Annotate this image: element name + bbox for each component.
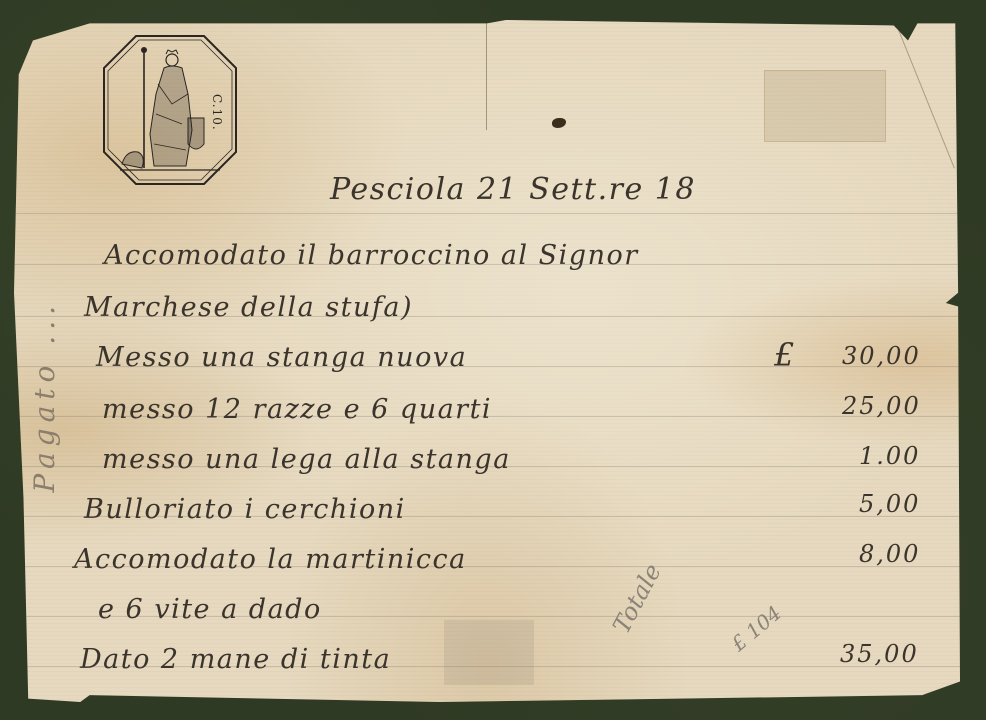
paper-fold [894,20,955,169]
item-amount: 1.00 [859,442,920,470]
item-amount: 5,00 [859,490,920,518]
item-description: Dato 2 mane di tinta [80,644,391,675]
ruled-line [14,213,960,214]
item-description: e 6 vite a dado [98,594,322,625]
revenue-stamp: C.10. [102,34,238,186]
paper-fold [486,20,487,130]
pencil-total-value: £ 104 [727,601,786,656]
intro-line: Accomodato il barroccino al Signor [104,240,639,271]
item-amount: 30,00 [842,342,921,370]
currency-symbol: £ [774,336,796,374]
item-amount: 8,00 [859,540,920,568]
item-amount: 35,00 [840,640,919,668]
item-description: messo 12 razze e 6 quarti [102,394,492,425]
item-description: messo una lega alla stanga [102,444,511,475]
item-amount: 25,00 [842,392,921,420]
margin-note: Pagato ... [28,300,61,493]
item-description: Accomodato la martinicca [74,544,467,575]
place-date: Pesciola 21 Sett.re 18 [330,172,696,207]
receipt-paper: C.10. Pesciola 21 Sett.re 18 Accomodato … [14,20,960,702]
stamp-denomination: C.10. [210,94,224,131]
paper-stain [764,70,886,142]
intro-line: Marchese della stufa) [84,292,413,323]
paper-hole [552,118,566,128]
paper-stain [444,620,534,685]
pencil-total-label: Totale [607,559,667,638]
item-description: Bulloriato i cerchioni [84,494,406,525]
item-description: Messo una stanga nuova [96,342,467,373]
